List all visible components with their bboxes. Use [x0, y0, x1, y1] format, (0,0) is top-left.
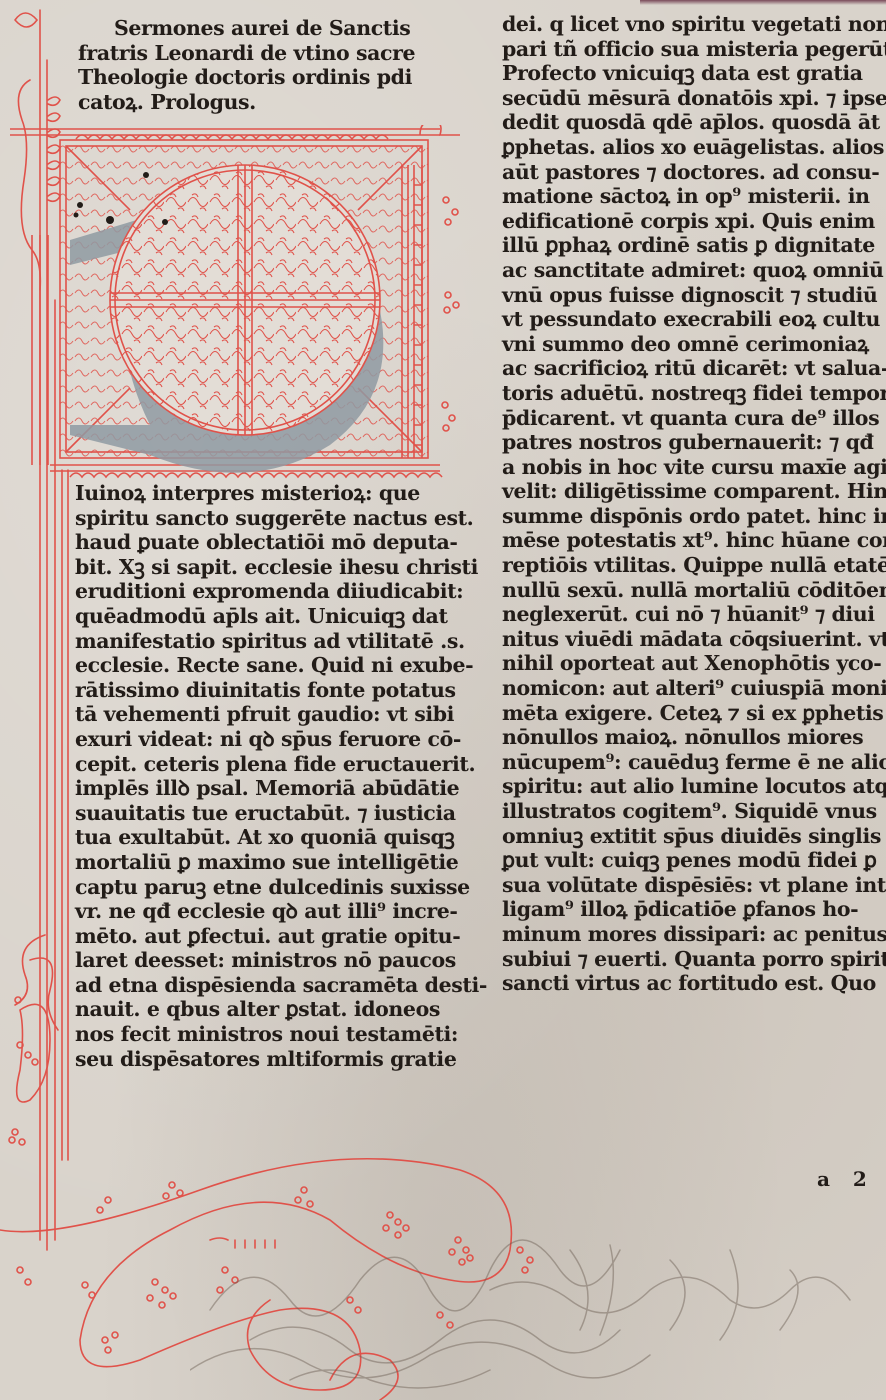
text-line: p̄dicarent. vt quanta cura de⁹ illos [502, 406, 886, 431]
text-line: mortaliū ꝑ maximo sue intelligētie [75, 850, 487, 875]
text-line: nullū sexū. nullā mortaliū cōditōem [502, 578, 886, 603]
heading-line: Theologie doctoris ordinis pdi [78, 65, 415, 90]
text-line: edificationē corpis xpi. Quis enim [502, 209, 886, 234]
text-line: matione sāctoꝝ in op⁹ misterii. in [502, 184, 886, 209]
text-line: haud ꝑuate oblectatiōi mō deputa- [75, 530, 487, 555]
text-line: bit. Xꝫ si sapit. ecclesie ihesu christi [75, 555, 487, 580]
text-line: nomicon: aut alteri⁹ cuiuspiā moni [502, 676, 886, 701]
text-line: toris aduētū. nostreqꝫ fidei tempora [502, 381, 886, 406]
text-line: nos fecit ministros noui testamēti: [75, 1022, 487, 1047]
text-line: a nobis in hoc vite cursu maxīe agi [502, 455, 886, 480]
text-line: laret deesset: ministros nō paucos [75, 948, 487, 973]
text-line: secūdū mēsurā donatōis xpi. ⁊ ipse [502, 86, 886, 111]
text-line: patres nostros gubernauerit: ⁊ qđ [502, 430, 886, 455]
text-line: vr. ne qđ ecclesie qꝺ aut illi⁹ incre- [75, 899, 487, 924]
text-line: exuri videat: ni qꝺ sp̄us feruore cō- [75, 727, 487, 752]
text-line: velit: diligētissime comparent. Hinc [502, 479, 886, 504]
text-line: reptiōis vtilitas. Quippe nullā etatē [502, 553, 886, 578]
illuminated-initial-d [10, 125, 480, 485]
text-line: ligam⁹ illoꝝ p̄dicatiōe ꝑfanos ho- [502, 897, 886, 922]
heading-line: Sermones aurei de Sanctis [78, 16, 415, 41]
text-line: ꝑphetas. alios xo euāgelistas. alios [502, 135, 886, 160]
text-line: sua volūtate dispēsiēs: vt plane intel [502, 873, 886, 898]
heading-line: fratris Leonardi de vtino sacre [78, 41, 415, 66]
text-line: quēadmodū ap̄ls ait. Unicuiqꝫ dat [75, 604, 487, 629]
text-line: mēta exigere. Ceteꝝ ⁊ si ex ꝑphetis [502, 701, 886, 726]
text-line: ecclesie. Recte sane. Quid ni exube- [75, 653, 487, 678]
text-line: mēto. aut ꝑfectui. aut gratie opitu- [75, 924, 487, 949]
signature-mark: a 2 [817, 1167, 875, 1191]
text-line: rātissimo diuinitatis fonte potatus [75, 678, 487, 703]
text-line: nūcupem⁹: cauēduꝫ ferme ē ne alio [502, 750, 886, 775]
text-line: manifestatio spiritus ad vtilitatē .s. [75, 629, 487, 654]
text-line: pari tñ officio sua misteria pegerūt [502, 37, 886, 62]
text-line: seu dispēsatores mltiformis gratie [75, 1047, 487, 1072]
text-line: vt pessundato execrabili eoꝝ cultu [502, 307, 886, 332]
text-line: captu paruꝫ etne dulcedinis suxisse [75, 875, 487, 900]
text-line: ac sanctitate admiret: quoꝝ omniū [502, 258, 886, 283]
text-line: ad etna dispēsienda sacramēta desti- [75, 973, 487, 998]
text-line: tā vehementi pfruit gaudio: vt sibi [75, 702, 487, 727]
text-line: cepit. ceteris plena fide eructauerit. [75, 752, 487, 777]
text-line: aūt pastores ⁊ doctores. ad consu- [502, 160, 886, 185]
text-line: vnū opus fuisse dignoscit ⁊ studiū [502, 283, 886, 308]
text-line: nauit. e qbus alter ꝑstat. idoneos [75, 997, 487, 1022]
marginalia-scribbles [190, 1230, 886, 1400]
text-line: Profecto vnicuiqꝫ data est gratia [502, 61, 886, 86]
text-line: neglexerūt. cui nō ⁊ hūanit⁹ ⁊ diui [502, 602, 886, 627]
text-line: ꝑut vult: cuiqꝫ penes modū fidei ꝑ [502, 848, 886, 873]
right-column-text: dei. q licet vno spiritu vegetati non pa… [502, 12, 886, 996]
text-line: Iuinoꝝ interpres misterioꝝ: que [75, 481, 487, 506]
text-line: illū ꝑphaꝝ ordinē satis ꝑ dignitate [502, 233, 886, 258]
text-line: dedit quosdā qdē ap̄los. quosdā āt [502, 110, 886, 135]
text-line: dei. q licet vno spiritu vegetati non [502, 12, 886, 37]
initial-d-illustration [10, 125, 480, 485]
heading-line: catoꝝ. Prologus. [78, 90, 415, 115]
text-line: vni summo deo omnē cerimoniaꝝ [502, 332, 886, 357]
text-line: tua exultabūt. At xo quoniā quisqꝫ [75, 825, 487, 850]
text-line: implēs illꝺ psal. Memoriā abūdātie [75, 776, 487, 801]
text-line: minum mores dissipari: ac penitus [502, 922, 886, 947]
text-line: summe dispōnis ordo patet. hinc in [502, 504, 886, 529]
text-line: illustratos cogitem⁹. Siquidē vnus [502, 799, 886, 824]
text-line: spiritu: aut alio lumine locutos atqꝫ [502, 774, 886, 799]
text-line: ac sacrificioꝝ ritū dicarēt: vt salua- [502, 356, 886, 381]
text-line: omniuꝫ extitit sp̄us diuidēs singlis [502, 824, 886, 849]
text-line: eruditioni expromenda diiudicabit: [75, 579, 487, 604]
text-line: nihil oporteat aut Xenophōtis yco- [502, 651, 886, 676]
text-line: sancti virtus ac fortitudo est. Quo [502, 971, 886, 996]
text-line: spiritu sancto suggerēte nactus est. [75, 506, 487, 531]
text-line: nitus viuēdi mādata cōqsiuerint. vt [502, 627, 886, 652]
text-line: suauitatis tue eructabūt. ⁊ iusticia [75, 801, 487, 826]
text-line: subiui ⁊ euerti. Quanta porro spirit⁹ [502, 947, 886, 972]
book-heading: Sermones aurei de Sanctis fratris Leonar… [78, 16, 415, 114]
text-line: nōnullos maioꝝ. nōnullos miores [502, 725, 886, 750]
text-line: mēse potestatis xt⁹. hinc hūane cor [502, 528, 886, 553]
left-column-text: Iuinoꝝ interpres misterioꝝ: que spiritu … [75, 481, 487, 1071]
